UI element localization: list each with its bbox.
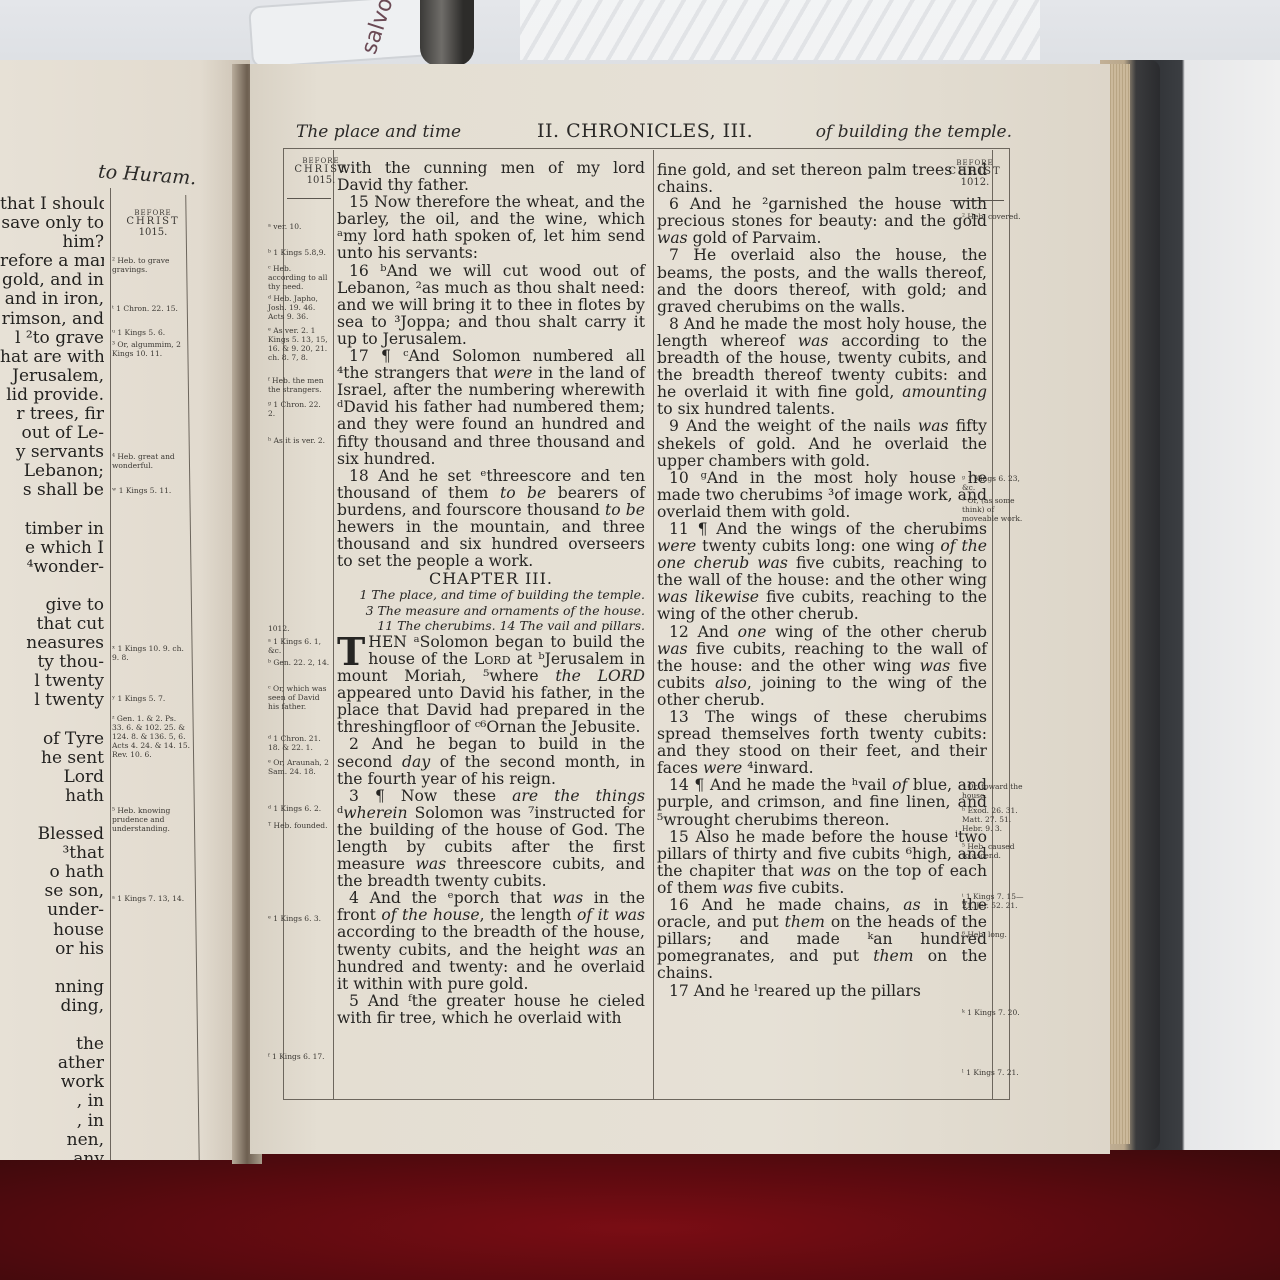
text-line: hat are with	[0, 348, 104, 367]
verse-15: 15 Now therefore the wheat, and the barl…	[337, 194, 645, 262]
text-line: , in	[0, 1112, 104, 1131]
margin-note: ᵉ As ver. 2. 1 Kings 5. 13, 15, 16. & 9.…	[268, 326, 330, 362]
verse-8: 8 And he made the most holy house, the l…	[657, 316, 987, 419]
text-line: l ²to grave	[0, 329, 104, 348]
left-page-text: that I shouldsave only tohim?refore a ma…	[0, 195, 104, 1160]
verse-4: 4 And the ᵉporch that was in the front o…	[337, 890, 645, 993]
verse-16: 16 ᵇAnd we will cut wood out of Lebanon,…	[337, 263, 645, 348]
text-line: ather	[0, 1054, 104, 1073]
margin-note: ⁵ Heb. knowing prudence and understandin…	[112, 806, 190, 833]
text-line: ⁴wonder-	[0, 558, 104, 577]
text-line: the	[0, 1035, 104, 1054]
verse-14: 14 ¶ And he made the ʰvail of blue, and …	[657, 777, 987, 828]
margin-note: ʰ As it is ver. 2.	[268, 436, 330, 445]
text-line: give to	[0, 596, 104, 615]
verse-11: 11 ¶ And the wings of the cherubims were…	[657, 521, 987, 624]
text-line: nen,	[0, 1131, 104, 1150]
margin-note: ʷ 1 Kings 5. 11.	[112, 486, 190, 495]
margin-note: ᵍ 1 Chron. 22. 2.	[268, 400, 330, 418]
text-line: house	[0, 921, 104, 940]
margin-note: ᵇ Gen. 22. 2, 14.	[268, 658, 330, 667]
text-line: or his	[0, 940, 104, 959]
text-line: ding,	[0, 997, 104, 1016]
column-divider	[653, 150, 654, 1100]
verse-13: 13 The wings of these cherubims spread t…	[657, 709, 987, 777]
margin-note: ˡ 1 Kings 7. 21.	[962, 1068, 1024, 1077]
margin-note: ᶜ Heb. according to all thy need.	[268, 264, 330, 291]
verse-15: 15 Also he made before the house ⁱtwo pi…	[657, 829, 987, 897]
text-line	[0, 501, 104, 520]
text-line: out of Le-	[0, 424, 104, 443]
margin-note: ᵀ Heb. founded.	[268, 821, 330, 830]
margin-note: ᶠ Heb. the men the strangers.	[268, 376, 330, 394]
margin-note: ᵃ 1 Kings 6. 1, &c.	[268, 637, 330, 655]
margin-note: ˣ 1 Kings 10. 9. ch. 9. 8.	[112, 644, 190, 662]
text-line	[0, 577, 104, 596]
margin-note: ᵉ 1 Kings 6. 3.	[268, 914, 330, 923]
margin-note: ᵇ 1 Kings 5.8,9.	[268, 248, 330, 257]
text-line: Lord	[0, 768, 104, 787]
verse-6: 6 And he ²garnished the house with preci…	[657, 196, 987, 247]
outer-margin-rule	[992, 150, 993, 1100]
text-line: that cut	[0, 615, 104, 634]
margin-note: ᵉ Or, Araunah, 2 Sam. 24. 18.	[268, 758, 330, 776]
text-line: Jerusalem,	[0, 367, 104, 386]
verse-7: 7 He overlaid also the house, the beams,…	[657, 247, 987, 315]
text-line: Blessed	[0, 825, 104, 844]
text-line: refore a man	[0, 252, 104, 271]
text-line: gold, and in	[0, 271, 104, 290]
margin-note: ³ Or, algummim, 2 Kings 10. 11.	[112, 340, 190, 358]
verse-14-continued: with the cunning men of my lord David th…	[337, 160, 645, 194]
text-line: o hath	[0, 863, 104, 882]
text-line	[0, 1016, 104, 1035]
text-line: , in	[0, 1092, 104, 1111]
text-line: l twenty	[0, 672, 104, 691]
margin-note: ᵏ 1 Kings 7. 20.	[962, 1008, 1024, 1017]
column-rule	[110, 188, 111, 1160]
text-line: e which I	[0, 539, 104, 558]
margin-note: ʸ 1 Kings 5. 7.	[112, 694, 190, 703]
metal-candlestick	[420, 0, 474, 66]
verse-5: 5 And ᶠthe greater house he cieled with …	[337, 993, 645, 1027]
verse-5-continued: fine gold, and set thereon palm trees an…	[657, 162, 987, 196]
text-line: hath	[0, 787, 104, 806]
inner-margin-rule	[333, 150, 334, 1100]
running-head: The place and time II. CHRONICLES, III. …	[292, 118, 1012, 148]
verse-10: 10 ᵍAnd in the most holy house he made t…	[657, 470, 987, 521]
margin-note: 1012.	[268, 624, 330, 633]
dark-surface	[1140, 60, 1280, 1160]
text-line: of Tyre	[0, 730, 104, 749]
text-line: timber in	[0, 520, 104, 539]
verse-17: 17 ¶ ᶜAnd Solomon numbered all ⁴the stra…	[337, 348, 645, 468]
verse-12: 12 And one wing of the other cherub was …	[657, 624, 987, 709]
margin-note: ᶜ Or, which was seen of David his father…	[268, 684, 330, 711]
text-line: rimson, and	[0, 310, 104, 329]
text-column-1: with the cunning men of my lord David th…	[337, 160, 645, 1027]
text-line: work	[0, 1073, 104, 1092]
before-christ-label: BEFORE CHRIST 1015.	[118, 210, 188, 238]
text-line: and in iron,	[0, 290, 104, 309]
paper-scraps	[520, 0, 1040, 60]
margin-note: ᵃ ver. 10.	[268, 222, 330, 231]
margin-note: ² Heb. to grave gravings.	[112, 256, 190, 274]
verse-18: 18 And he set ᵉthreescore and ten thousa…	[337, 468, 645, 571]
text-line: ³that	[0, 844, 104, 863]
text-line: neasures	[0, 634, 104, 653]
text-line: him?	[0, 233, 104, 252]
text-line: he sent	[0, 749, 104, 768]
margin-note: ᵗ 1 Chron. 22. 15.	[112, 304, 190, 313]
margin-note: ᵈ Heb. Japho, Josh. 19. 46. Acts 9. 36.	[268, 294, 330, 321]
verse-3: 3 ¶ Now these are the things ᵈwherein So…	[337, 788, 645, 891]
verse-2: 2 And he began to build in the second da…	[337, 736, 645, 787]
text-line: that I should	[0, 195, 104, 214]
margin-note: ᵘ 1 Kings 5. 6.	[112, 328, 190, 337]
running-head-right: of building the temple.	[816, 122, 1012, 142]
verse-1: THEN ᵃSolomon began to build the house o…	[337, 634, 645, 737]
chapter-summary-2: 3 The measure and ornaments of the house…	[337, 603, 645, 619]
verse-16: 16 And he made chains, as in the oracle,…	[657, 897, 987, 982]
chapter-summary-1: 1 The place, and time of building the te…	[337, 587, 645, 603]
chapter-title: CHAPTER III.	[337, 570, 645, 587]
text-line: l twenty	[0, 691, 104, 710]
text-line: ty thou-	[0, 653, 104, 672]
text-line: r trees, fir	[0, 405, 104, 424]
text-line: se son,	[0, 882, 104, 901]
running-head-center: II. CHRONICLES, III.	[537, 120, 753, 142]
drop-cap: T	[337, 636, 365, 668]
margin-note: ᵈ 1 Kings 6. 2.	[268, 804, 330, 813]
left-running-head: to Huram.	[97, 161, 197, 190]
text-line: save only to	[0, 214, 104, 233]
text-line: s shall be	[0, 481, 104, 500]
chapter-summary-3: 11 The cherubims. 14 The vail and pillar…	[337, 618, 645, 634]
text-line	[0, 806, 104, 825]
text-line	[0, 711, 104, 730]
text-column-2: fine gold, and set thereon palm trees an…	[657, 162, 987, 1000]
text-line: any	[0, 1150, 104, 1160]
text-line: under-	[0, 901, 104, 920]
red-velvet-cloth	[0, 1150, 1280, 1280]
running-head-left: The place and time	[296, 122, 461, 142]
margin-note: ᵃ 1 Kings 7. 13, 14.	[112, 894, 190, 903]
margin-note: ᵈ 1 Chron. 21. 18. & 22. 1.	[268, 734, 330, 752]
verse-9: 9 And the weight of the nails was fifty …	[657, 418, 987, 469]
margin-note: ᶻ Gen. 1. & 2. Ps. 33. 6. & 102. 25. & 1…	[112, 714, 190, 759]
margin-note: ⁴ Heb. great and wonderful.	[112, 452, 190, 470]
margin-note: ᶠ 1 Kings 6. 17.	[268, 1052, 330, 1061]
left-page: to Huram. BEFORE CHRIST 1015. that I sho…	[0, 60, 250, 1160]
text-line: lid provide.	[0, 386, 104, 405]
text-line	[0, 959, 104, 978]
divider	[287, 198, 331, 199]
text-line: y servants	[0, 443, 104, 462]
text-line: nning	[0, 978, 104, 997]
verse-17: 17 And he ˡreared up the pillars	[657, 983, 987, 1000]
text-line: Lebanon;	[0, 462, 104, 481]
